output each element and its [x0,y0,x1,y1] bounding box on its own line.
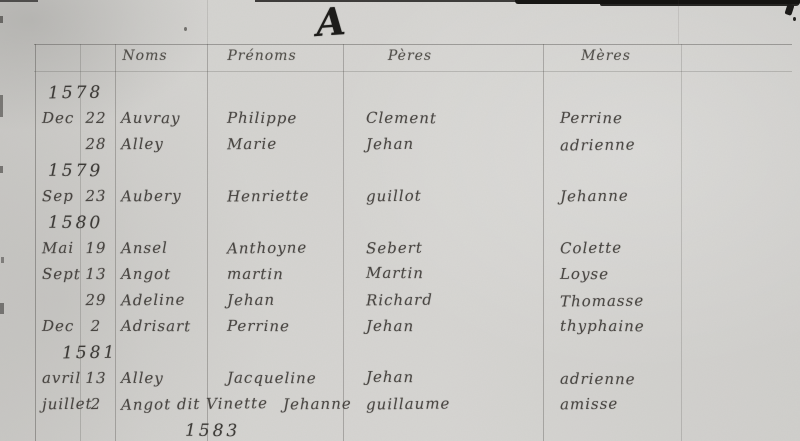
year-heading: 1580 [0,210,800,236]
year-label: 1581 [62,343,118,364]
mother-name: adrienne [560,136,636,155]
scan-edge-top-right [515,0,800,4]
scan-edge-top-right-thick [600,0,800,6]
mother-name: adrienne [560,370,636,389]
date-day: 13 [80,369,112,387]
year-label: 1580 [48,213,103,233]
header-top-rule [34,44,792,45]
father-name: Jehan [366,368,414,386]
father-name: Jehan [366,317,414,335]
year-label: 1579 [48,161,103,181]
register-row: Sep23AuberyHenrietteguillotJehanne [0,184,800,210]
firstname: Philippe [227,109,297,127]
year-label: 1578 [48,83,104,104]
header-bottom-rule [34,71,792,72]
column-header-prenoms: Prénoms [215,48,309,64]
firstname: Marie [227,135,277,154]
register-row: Dec22AuvrayPhilippeClementPerrine [0,106,800,132]
surname: Adeline [121,291,186,310]
left-edge-speck-1 [0,16,3,23]
mother-name: Perrine [560,109,623,127]
surname: Ansel [121,239,168,258]
surname: Alley [121,369,164,387]
column-header-noms: Noms [108,48,182,64]
mother-name: amisse [560,395,618,414]
register-row: Mai19AnselAnthoyneSebertColette [0,236,800,262]
firstname: Henriette [227,186,310,205]
firstname: Jehan [227,291,275,310]
year-heading: 1583 [0,418,800,441]
register-row: 29AdelineJehanRichardThomasse [0,288,800,314]
father-name: Clement [366,109,437,127]
register-row: 28AlleyMarieJehanadrienne [0,132,800,158]
register-entries: 1578Dec22AuvrayPhilippeClementPerrine28A… [0,80,800,441]
ink-speck [184,27,187,31]
register-row: Sept13AngotmartinMartinLoyse [0,262,800,288]
date-month: Sep [42,187,74,205]
scan-corner-dot [793,17,796,21]
year-heading: 1579 [0,158,800,184]
date-day: 28 [80,135,112,153]
firstname: martin [227,265,284,283]
register-row: Dec2AdrisartPerrineJehanthyphaine [0,314,800,340]
register-row: juillet2Angot dit VinetteJehanneguillaum… [0,392,800,418]
paper-crease-1 [207,0,208,44]
mother-name: Colette [560,239,622,258]
column-header-meres: Mères [568,48,644,64]
firstname: Anthoyne [227,239,307,258]
firstname: Perrine [227,317,290,335]
surname: Auvray [121,109,181,127]
surname: Angot dit Vinette [121,394,268,414]
section-letter-heading: A [315,2,347,42]
mother-name: Jehanne [560,187,629,206]
date-month: Mai [42,239,74,257]
date-month: Dec [42,317,74,335]
mother-name: Thomasse [560,291,644,310]
surname: Adrisart [121,317,191,335]
date-day: 19 [80,239,112,257]
scan-corner-speck [784,3,794,16]
paper-crease-2 [678,0,679,44]
year-heading: 1581 [0,340,800,366]
date-month: Dec [42,109,74,127]
father-name: guillaume [366,394,451,413]
mother-name: Loyse [560,265,609,283]
column-header-peres: Pères [373,48,447,64]
scan-edge-top-left [0,0,38,2]
father-name: Richard [366,291,433,310]
year-heading: 1578 [0,80,800,106]
father-name: guillot [366,187,422,206]
firstname: Jehanne [283,395,352,414]
father-name: Martin [366,264,424,282]
register-row: avril13AlleyJacquelineJehanadrienne [0,366,800,392]
year-label: 1583 [185,421,240,441]
father-name: Jehan [366,135,414,154]
date-day: 13 [80,265,112,283]
firstname: Jacqueline [227,369,317,388]
date-day: 23 [80,187,112,205]
date-month: Sept [42,265,81,283]
date-day: 22 [80,109,112,127]
mother-name: thyphaine [560,317,645,336]
register-page: A Noms Prénoms Pères Mères 1578Dec22Auvr… [0,0,800,441]
surname: Alley [121,135,164,154]
scan-edge-top [255,0,520,2]
surname: Angot [121,265,171,283]
surname: Aubery [121,187,182,206]
date-day: 2 [80,317,112,335]
date-day: 2 [80,395,112,413]
date-day: 29 [80,291,112,309]
father-name: Sebert [366,239,423,258]
date-month: avril [42,369,81,387]
